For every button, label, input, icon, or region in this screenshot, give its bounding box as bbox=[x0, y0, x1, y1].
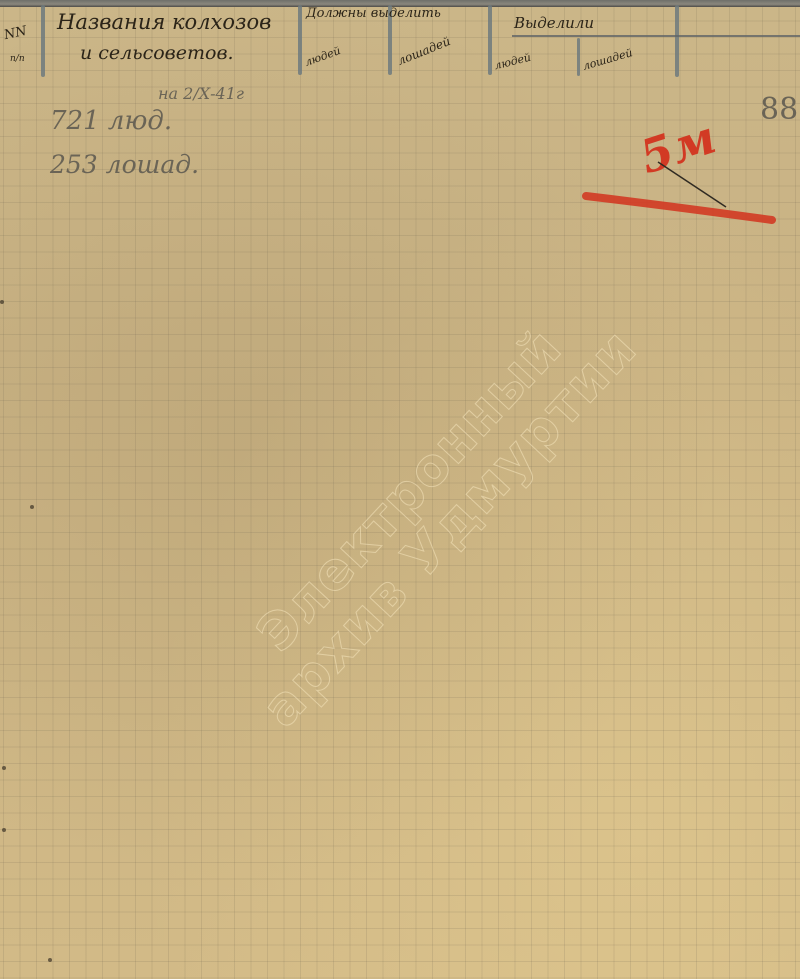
header-number-line2: п/п bbox=[10, 54, 25, 64]
paper-speck bbox=[2, 828, 6, 832]
note-date: на 2/Х-41г bbox=[158, 84, 244, 103]
red-underline-icon bbox=[580, 150, 780, 230]
header-owed-label: Должны выделить bbox=[306, 6, 496, 21]
page-number: 88 bbox=[760, 92, 798, 127]
column-rule-5 bbox=[675, 5, 679, 77]
paper-speck bbox=[48, 958, 52, 962]
paper-speck bbox=[2, 766, 6, 770]
paper-speck bbox=[30, 505, 34, 509]
paper-speck bbox=[0, 300, 4, 304]
header-name-line1: Названия колхозов bbox=[57, 10, 271, 34]
header-given-label: Выделили bbox=[514, 14, 594, 32]
note-horses-count: 253 лошад. bbox=[50, 150, 199, 179]
column-rule-1 bbox=[41, 5, 45, 77]
header-name-line2: и сельсоветов. bbox=[80, 42, 234, 64]
column-rule-2 bbox=[298, 5, 302, 75]
header-subrule bbox=[512, 35, 800, 37]
column-rule-subdivider bbox=[577, 38, 580, 76]
ledger-page: NN п/п Названия колхозов и сельсоветов. … bbox=[0, 0, 800, 979]
note-people-count: 721 люд. bbox=[50, 106, 172, 136]
